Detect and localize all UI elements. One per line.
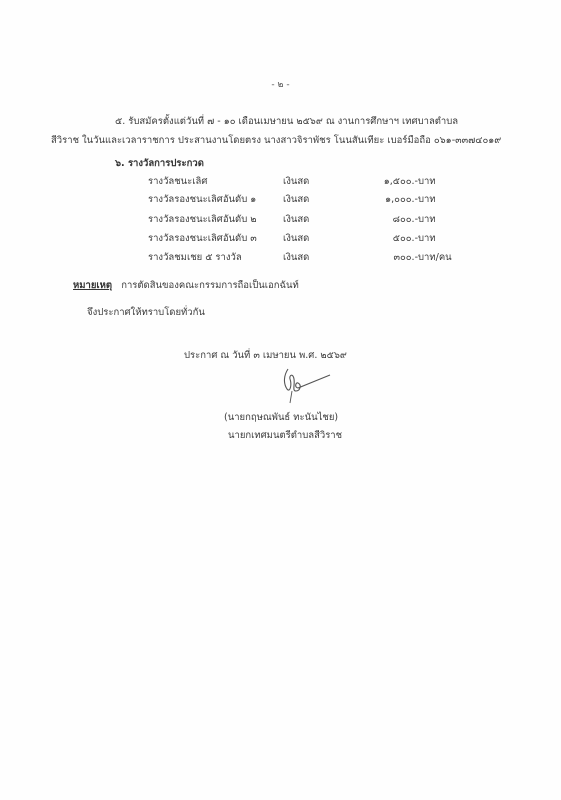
paragraph-5-line-2: สีวิราช ในวันและเวลาราชการ ประสานงานโดยต… xyxy=(51,133,501,148)
prize-amount: ๕๐๐.- xyxy=(366,231,418,246)
prize-amount: ๑,๐๐๐.- xyxy=(366,192,418,207)
prize-amount: ๓๐๐.- xyxy=(366,250,418,265)
prize-row: รางวัลรองชนะเลิศอันดับ ๑ เงินสด ๑,๐๐๐.- … xyxy=(0,192,561,208)
page-number: - ๒ - xyxy=(0,77,561,91)
prize-row: รางวัลชนะเลิศ เงินสด ๑,๕๐๐.- บาท xyxy=(0,174,561,190)
signer-title: นายกเทศมนตรีตำบลสีวิราช xyxy=(228,428,342,443)
prize-amount: ๑,๕๐๐.- xyxy=(366,174,418,189)
note-label: หมายเหตุ xyxy=(73,280,112,291)
prize-name: รางวัลรองชนะเลิศอันดับ ๓ xyxy=(148,231,257,246)
prize-type: เงินสด xyxy=(283,212,309,227)
signature xyxy=(278,365,338,405)
prize-name: รางวัลรองชนะเลิศอันดับ ๑ xyxy=(148,192,256,207)
announcement: จึงประกาศให้ทราบโดยทั่วกัน xyxy=(87,305,205,320)
paragraph-5-line-1: ๕. รับสมัครตั้งแต่วันที่ ๗ - ๑๐ เดือนเมษ… xyxy=(115,114,458,129)
section-6-title: ๖. รางวัลการประกวด xyxy=(115,156,204,171)
prize-type: เงินสด xyxy=(283,192,309,207)
prize-unit: บาท/คน xyxy=(418,250,452,265)
prize-unit: บาท xyxy=(418,192,436,207)
prize-row: รางวัลรองชนะเลิศอันดับ ๒ เงินสด ๘๐๐.- บา… xyxy=(0,212,561,228)
prize-row: รางวัลรองชนะเลิศอันดับ ๓ เงินสด ๕๐๐.- บา… xyxy=(0,231,561,247)
prize-type: เงินสด xyxy=(283,231,309,246)
prize-unit: บาท xyxy=(418,174,436,189)
prize-unit: บาท xyxy=(418,231,436,246)
prize-row: รางวัลชมเชย ๕ รางวัล เงินสด ๓๐๐.- บาท/คน xyxy=(0,250,561,266)
note: หมายเหตุ การตัดสินของคณะกรรมการถือเป็นเอ… xyxy=(73,278,299,293)
prize-name: รางวัลชมเชย ๕ รางวัล xyxy=(148,250,242,265)
prize-name: รางวัลรองชนะเลิศอันดับ ๒ xyxy=(148,212,257,227)
signature-icon xyxy=(278,365,338,405)
prize-name: รางวัลชนะเลิศ xyxy=(148,174,207,189)
announcement-date: ประกาศ ณ วันที่ ๓ เมษายน พ.ศ. ๒๕๖๙ xyxy=(184,348,347,363)
prize-unit: บาท xyxy=(418,212,436,227)
prize-type: เงินสด xyxy=(283,174,309,189)
signer-name: (นายกฤษณพันธ์ ทะนันไชย) xyxy=(224,410,338,425)
prize-type: เงินสด xyxy=(283,250,309,265)
note-text: การตัดสินของคณะกรรมการถือเป็นเอกฉันท์ xyxy=(121,280,299,291)
prize-amount: ๘๐๐.- xyxy=(366,212,418,227)
document-page: - ๒ - ๕. รับสมัครตั้งแต่วันที่ ๗ - ๑๐ เด… xyxy=(0,0,561,800)
